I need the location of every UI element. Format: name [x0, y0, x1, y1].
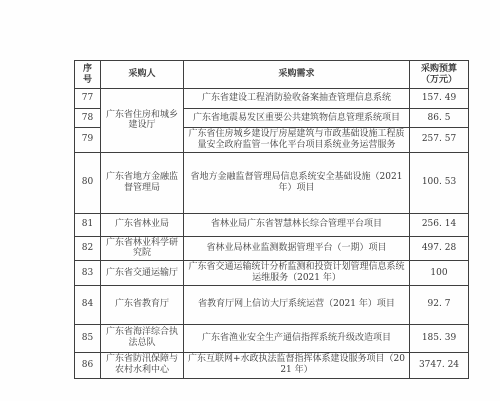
col-header-purchaser: 采购人: [101, 61, 184, 89]
document-page: 序 号 采购人 采购需求 采购预算 （万元） 77 广东省住房和城乡建设厅 广东…: [0, 0, 500, 401]
table-row: 85 广东省海洋综合执法总队 广东省渔业安全生产通信指挥系统升级改造项目 185…: [75, 324, 469, 352]
cell-purchaser: 广东省交通运输厅: [101, 261, 184, 286]
cell-purchaser: 广东省住房和城乡建设厅: [101, 89, 184, 153]
procurement-table: 序 号 采购人 采购需求 采购预算 （万元） 77 广东省住房和城乡建设厅 广东…: [74, 60, 469, 379]
table-row: 82 广东省林业科学研究院 省林业局林业监测数据管理平台（一期）项目 497. …: [75, 236, 469, 261]
cell-budget: 256. 14: [410, 213, 469, 236]
cell-budget: 497. 28: [410, 236, 469, 261]
cell-budget: 100. 53: [410, 152, 469, 213]
table-row: 86 广东省防汛保障与农村水利中心 广东互联网+水政执法监督指挥体系建设服务项目…: [75, 352, 469, 378]
cell-purchaser: 广东省防汛保障与农村水利中心: [101, 352, 184, 378]
cell-budget: 157. 49: [410, 89, 469, 109]
cell-demand: 广东省地震易发区重要公共建筑物信息管理系统项目: [184, 109, 410, 128]
cell-no: 82: [75, 236, 101, 261]
table-row: 83 广东省交通运输厅 广东省交通运输统计分析监测和投资计划管理信息系统运维服务…: [75, 261, 469, 286]
table-row: 84 广东省教育厅 省教育厅网上信访大厅系统运营（2021 年）项目 92. 7: [75, 285, 469, 324]
cell-no: 81: [75, 213, 101, 236]
cell-budget: 92. 7: [410, 285, 469, 324]
cell-purchaser: 广东省林业局: [101, 213, 184, 236]
table-row: 77 广东省住房和城乡建设厅 广东省建设工程消防验收备案抽查管理信息系统 157…: [75, 89, 469, 109]
cell-purchaser: 广东省教育厅: [101, 285, 184, 324]
cell-demand: 广东省住房城乡建设厅房屋建筑与市政基础设施工程质量安全政府监管一体化平台项目系统…: [184, 128, 410, 153]
cell-no: 77: [75, 89, 101, 109]
cell-budget: 257. 57: [410, 128, 469, 153]
col-header-budget: 采购预算 （万元）: [410, 61, 469, 89]
cell-demand: 广东省建设工程消防验收备案抽查管理信息系统: [184, 89, 410, 109]
cell-no: 86: [75, 352, 101, 378]
cell-demand: 广东互联网+水政执法监督指挥体系建设服务项目（2021 年）: [184, 352, 410, 378]
table-row: 80 广东省地方金融监督管理局 省地方金融监督管理局信息系统安全基础设施（202…: [75, 152, 469, 213]
cell-budget: 3747. 24: [410, 352, 469, 378]
cell-no: 78: [75, 109, 101, 128]
cell-demand: 省教育厅网上信访大厅系统运营（2021 年）项目: [184, 285, 410, 324]
table-row: 81 广东省林业局 省林业局广东省智慧林长综合管理平台项目 256. 14: [75, 213, 469, 236]
cell-purchaser: 广东省海洋综合执法总队: [101, 324, 184, 352]
cell-demand: 省地方金融监督管理局信息系统安全基础设施（2021 年）项目: [184, 152, 410, 213]
cell-purchaser: 广东省地方金融监督管理局: [101, 152, 184, 213]
col-header-no: 序 号: [75, 61, 101, 89]
cell-budget: 86. 5: [410, 109, 469, 128]
cell-demand: 广东省渔业安全生产通信指挥系统升级改造项目: [184, 324, 410, 352]
cell-demand: 省林业局广东省智慧林长综合管理平台项目: [184, 213, 410, 236]
cell-no: 79: [75, 128, 101, 153]
col-header-demand: 采购需求: [184, 61, 410, 89]
table-header-row: 序 号 采购人 采购需求 采购预算 （万元）: [75, 61, 469, 89]
cell-demand: 省林业局林业监测数据管理平台（一期）项目: [184, 236, 410, 261]
cell-no: 83: [75, 261, 101, 286]
cell-no: 80: [75, 152, 101, 213]
cell-no: 85: [75, 324, 101, 352]
cell-demand: 广东省交通运输统计分析监测和投资计划管理信息系统运维服务（2021 年）: [184, 261, 410, 286]
cell-no: 84: [75, 285, 101, 324]
cell-budget: 100: [410, 261, 469, 286]
cell-budget: 185. 39: [410, 324, 469, 352]
cell-purchaser: 广东省林业科学研究院: [101, 236, 184, 261]
